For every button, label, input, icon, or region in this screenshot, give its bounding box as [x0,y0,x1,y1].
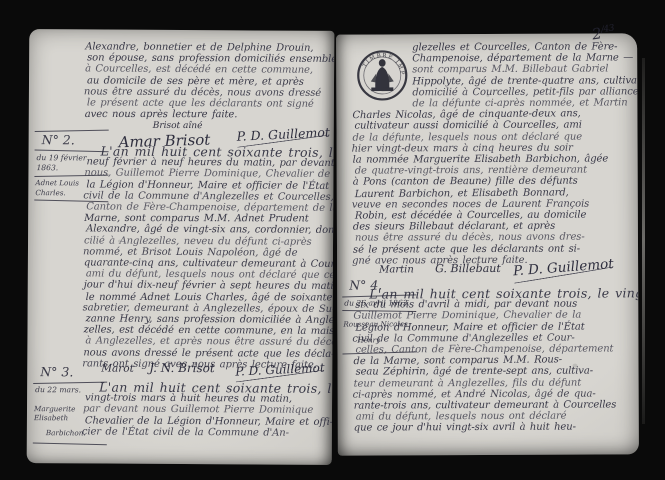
handwritten-line: ci-après nommé, et André Nicolas, âgé de… [353,388,622,400]
handwritten-line: Marne, sont comparus M.M. Adnet Prudent [84,213,330,225]
handwritten-line: sabretier, demeurant à Anglezelles, épou… [83,302,330,315]
handwritten-line: Guillemot Pierre Dominique, Chevalier de… [353,310,621,322]
handwritten-line: nous, Guillemot Pierre Dominique, Cheval… [84,168,330,181]
scanned-register-spread: Alexandre, bonnetier et de Delphine Drou… [0,0,665,480]
handwritten-line: de quatre-vingt-trois ans, rentière deme… [355,165,621,177]
act3-text: L'an mil huit cent soixante trois, levin… [83,381,329,439]
margin-rule [35,129,109,131]
handwritten-line: hier vingt-deux mars à cinq heures du so… [352,142,621,154]
act2-text: L'an mil huit cent soixante trois, le di… [83,145,330,371]
binding-edge [642,58,645,424]
handwritten-line: Champenoise, département de la Marne — [412,53,620,65]
page-number-folio: /43 [600,24,614,36]
handwritten-line: nous être assuré du décès, nous avons dr… [355,232,621,244]
signature: J. N. Brisot [149,361,215,375]
signature: G. Billebaut [435,262,501,275]
handwritten-line: L'an mil huit cent soixante trois, le vi… [353,287,621,299]
handwritten-line: que ce jour d'hui vingt-six avril à huit… [354,422,622,434]
ink-speck [573,364,578,368]
handwritten-line: à Anglezelles, et après nous être assuré… [85,336,329,349]
signature: P. D. Guillemot [513,256,615,280]
handwritten-line: avec nous après lecture faite. [85,109,331,121]
register-page-left: Alexandre, bonnetier et de Delphine Drou… [27,29,335,465]
ink-speck [227,330,231,333]
margin-rule [33,442,107,445]
handwritten-line: ami du défunt, lesquels nous ont déclaré [356,411,622,423]
handwritten-line: nommé, et Brisot Louis Napoléon, âgé de [83,246,330,259]
signature: Martin [379,264,414,275]
handwritten-line: ami du défunt, lesquels nous ont déclaré… [86,269,330,282]
handwritten-line: par devant nous Guillemot Pierre Dominiq… [83,404,329,417]
signature: P. D. Guillemot [236,124,330,144]
handwritten-line: sont comparus M.M. Billebaut Gabriel [412,64,620,76]
handwritten-line: Hippolyte, âgé de trente-quatre ans, cul… [412,75,620,87]
handwritten-line: glezelles et Courcelles, Canton de Fère- [412,41,620,53]
handwritten-line: Robin, est décédée à Courcelles, au domi… [355,209,621,221]
ink-speck [486,94,489,97]
handwritten-line: jour d'hui dix-neuf février à sept heure… [84,280,330,293]
handwritten-line: cier de l'État civil de la Commune d'An- [82,426,329,439]
act3-continued-text: glezelles et Courcelles, Canton de Fère-… [352,41,621,266]
handwritten-line: à Courcelles, est décédé en cette commun… [85,64,331,77]
handwritten-line: domicilié à Courcelles, petit-fils par a… [412,86,620,98]
handwritten-line: le nommé Adnet Louis Charles, âgé de soi… [86,292,330,304]
act-number: N° 3. [32,365,108,379]
ink-speck [118,240,121,243]
signature: Brisot aîné [153,121,203,131]
act1-ending-text: Alexandre, bonnetier et de Delphine Drou… [85,41,331,121]
page-number: 2/43 [591,23,616,44]
signature: P. D. Guillemot [235,361,325,380]
handwritten-line: veuve en secondes noces de Laurent Franç… [352,198,621,210]
register-page-right: TIMBRE IMPERIAL glezelles et Courcelles,… [336,33,639,455]
act4-text: L'an mil huit cent soixante trois, le vi… [353,287,622,434]
